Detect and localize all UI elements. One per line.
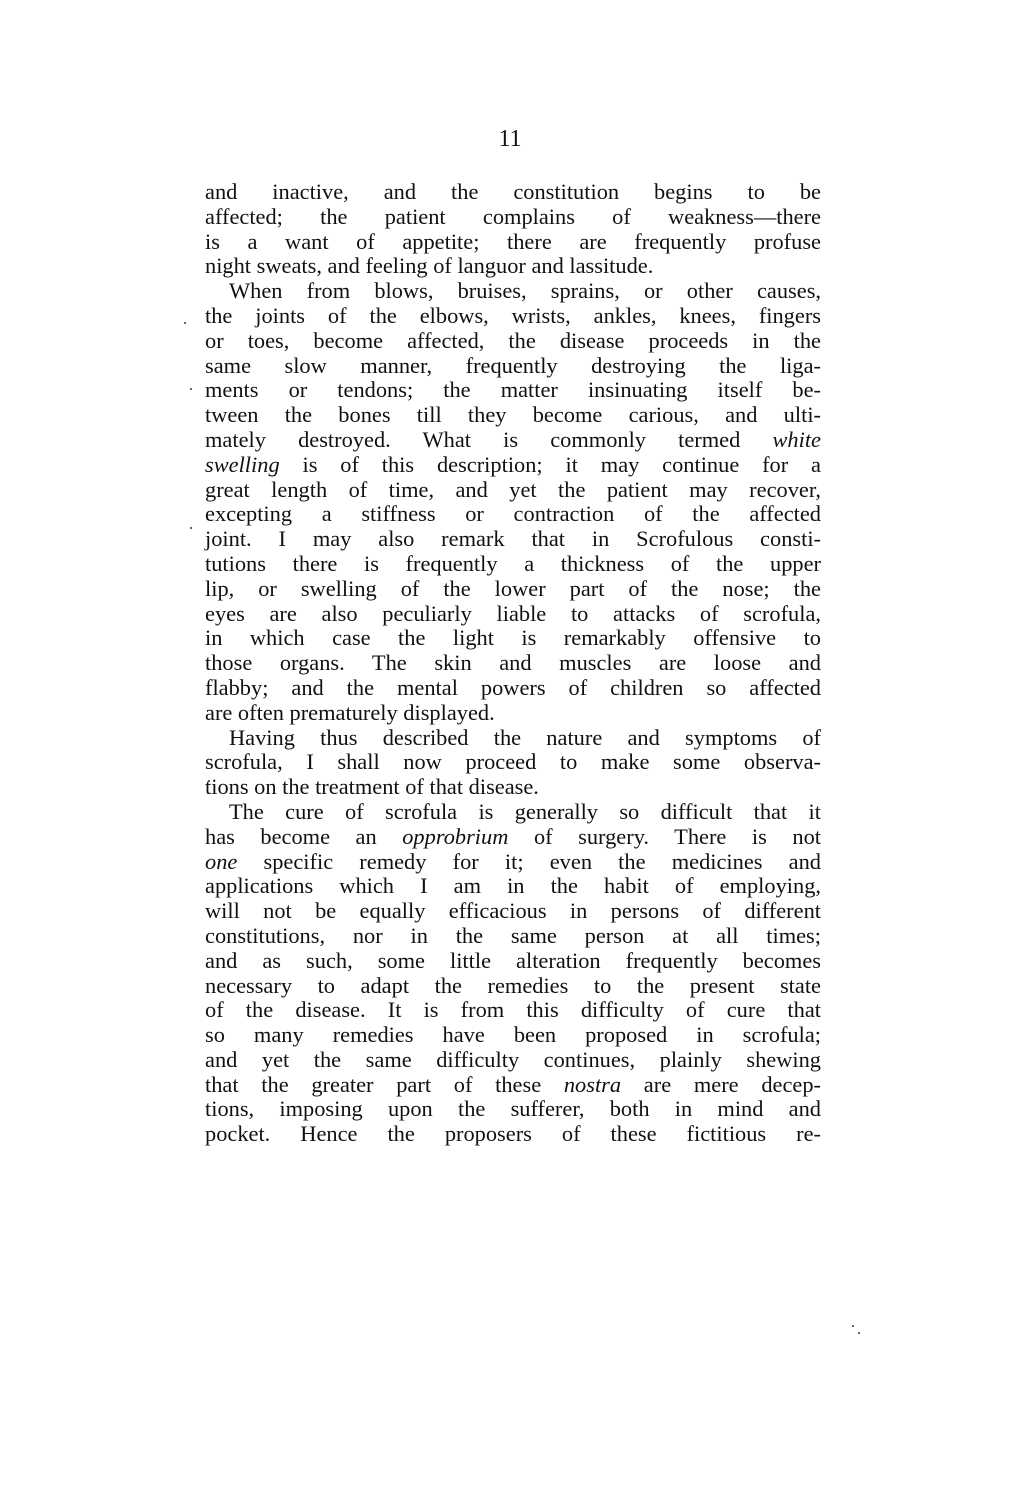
text-line: joint. I may also remark that in Scroful… [205,527,821,552]
text-run: are mere decep- [621,1072,821,1097]
text-line: those organs. The skin and muscles are l… [205,651,821,676]
text-run: that the greater part of these [205,1072,564,1097]
text-line: the joints of the elbows, wrists, ankles… [205,304,821,329]
scan-speck [190,527,192,529]
scan-speck [858,1332,860,1334]
text-line: great length of time, and yet the patien… [205,478,821,503]
text-run: of surgery. There is not [508,824,821,849]
text-line: Having thus described the nature and sym… [205,726,821,751]
text-line: applications which I am in the habit of … [205,874,821,899]
italic-term: opprobrium [402,824,508,849]
text-line: tween the bones till they become carious… [205,403,821,428]
text-line: one specific remedy for it; even the med… [205,850,821,875]
text-line: tions, imposing upon the sufferer, both … [205,1097,821,1122]
text-line: of the disease. It is from this difficul… [205,998,821,1023]
text-line: pocket. Hence the proposers of these fic… [205,1122,821,1147]
scan-speck [190,388,192,390]
scan-speck [208,780,210,782]
scan-speck [184,322,186,324]
text-line: The cure of scrofula is generally so dif… [205,800,821,825]
text-line: constitutions, nor in the same person at… [205,924,821,949]
text-run: mately destroyed. What is commonly terme… [205,427,772,452]
text-line: same slow manner, frequently destroying … [205,354,821,379]
scanned-book-page: 11 and inactive, and the constitution be… [0,0,1013,1494]
text-line: affected; the patient complains of weakn… [205,205,821,230]
text-line: will not be equally efficacious in perso… [205,899,821,924]
text-line: are often prematurely displayed. [205,701,821,726]
text-line: swelling is of this description; it may … [205,453,821,478]
text-line: eyes are also peculiarly liable to attac… [205,602,821,627]
text-run: has become an [205,824,402,849]
text-line: ments or tendons; the matter insinuating… [205,378,821,403]
text-line: scrofula, I shall now proceed to make so… [205,750,821,775]
text-run: is of this description; it may continue … [280,452,821,477]
text-line: has become an opprobrium of surgery. The… [205,825,821,850]
text-line: that the greater part of these nostra ar… [205,1073,821,1098]
italic-term: swelling [205,452,280,477]
text-line: in which case the light is remarkably of… [205,626,821,651]
text-run: specific remedy for it; even the medicin… [237,849,821,874]
text-line: mately destroyed. What is commonly terme… [205,428,821,453]
text-line: lip, or swelling of the lower part of th… [205,577,821,602]
italic-term: one [205,849,237,874]
italic-term: white [772,427,821,452]
scan-speck [852,1325,854,1327]
text-line: excepting a stiffness or contraction of … [205,502,821,527]
text-line: necessary to adapt the remedies to the p… [205,974,821,999]
text-line: and yet the same difficulty continues, p… [205,1048,821,1073]
text-line: night sweats, and feeling of languor and… [205,254,821,279]
text-line: and inactive, and the constitution begin… [205,180,821,205]
text-line: tions on the treatment of that disease. [205,775,821,800]
text-line: or toes, become affected, the disease pr… [205,329,821,354]
page-number: 11 [490,126,530,153]
italic-term: nostra [564,1072,621,1097]
text-line: tutions there is frequently a thickness … [205,552,821,577]
text-line: is a want of appetite; there are frequen… [205,230,821,255]
body-text: and inactive, and the constitution begin… [205,180,821,1147]
text-line: flabby; and the mental powers of childre… [205,676,821,701]
text-line: When from blows, bruises, sprains, or ot… [205,279,821,304]
text-line: so many remedies have been proposed in s… [205,1023,821,1048]
text-line: and as such, some little alteration freq… [205,949,821,974]
